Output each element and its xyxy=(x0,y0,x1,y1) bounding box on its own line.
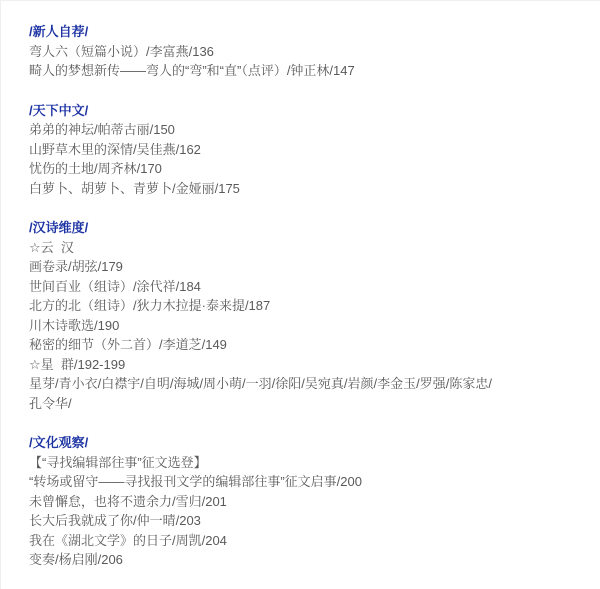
toc-entry: 畸人的梦想新传——弯人的“弯”和“直”（点评）/钟正林/147 xyxy=(29,61,582,81)
toc-entry: 世间百业（组诗）/涂代祥/184 xyxy=(29,277,582,297)
toc-entry: 山野草木里的深情/吴佳燕/162 xyxy=(29,140,582,160)
toc-entry: 孔令华/ xyxy=(29,394,582,414)
toc-entry: 川木诗歌选/190 xyxy=(29,316,582,336)
toc-entry: 忧伤的土地/周齐林/170 xyxy=(29,159,582,179)
section-header: /汉诗维度/ xyxy=(29,218,582,238)
toc-entry: 画卷录/胡弦/179 xyxy=(29,257,582,277)
section-header: /新人自荐/ xyxy=(29,22,582,42)
section-lines: 弟弟的神坛/帕蒂古丽/150 山野草木里的深情/吴佳燕/162 忧伤的土地/周齐… xyxy=(29,120,582,198)
toc-section: /文化观察/ 【“寻找编辑部往事”征文选登】 “转场或留守——寻找报刊文学的编辑… xyxy=(29,433,582,570)
toc-entry: 北方的北（组诗）/狄力木拉提·泰来提/187 xyxy=(29,296,582,316)
toc-entry: 弟弟的神坛/帕蒂古丽/150 xyxy=(29,120,582,140)
section-lines: 【“寻找编辑部往事”征文选登】 “转场或留守——寻找报刊文学的编辑部往事”征文启… xyxy=(29,453,582,570)
section-header: /文化观察/ xyxy=(29,433,582,453)
toc-entry: 秘密的细节（外二首）/李道芝/149 xyxy=(29,335,582,355)
toc-entry: 变奏/杨启刚/206 xyxy=(29,550,582,570)
toc-entry: 我在《湖北文学》的日子/周凯/204 xyxy=(29,531,582,551)
toc-section: /新人自荐/ 弯人六（短篇小说）/李富燕/136 畸人的梦想新传——弯人的“弯”… xyxy=(29,22,582,81)
section-header: /天下中文/ xyxy=(29,101,582,121)
section-lines: ☆云 汉 画卷录/胡弦/179 世间百业（组诗）/涂代祥/184 北方的北（组诗… xyxy=(29,238,582,414)
toc-entry: 白萝卜、胡萝卜、青萝卜/金娅丽/175 xyxy=(29,179,582,199)
toc-entry: 长大后我就成了你/仲一晴/203 xyxy=(29,511,582,531)
table-of-contents: /新人自荐/ 弯人六（短篇小说）/李富燕/136 畸人的梦想新传——弯人的“弯”… xyxy=(1,1,600,570)
toc-section: /汉诗维度/ ☆云 汉 画卷录/胡弦/179 世间百业（组诗）/涂代祥/184 … xyxy=(29,218,582,413)
toc-entry: 未曾懈怠，也将不遗余力/雪归/201 xyxy=(29,492,582,512)
toc-entry: “转场或留守——寻找报刊文学的编辑部往事”征文启事/200 xyxy=(29,472,582,492)
toc-entry: 弯人六（短篇小说）/李富燕/136 xyxy=(29,42,582,62)
toc-section: /天下中文/ 弟弟的神坛/帕蒂古丽/150 山野草木里的深情/吴佳燕/162 忧… xyxy=(29,101,582,199)
toc-entry: 星芽/青小衣/白襟宇/自明/海城/周小萌/一羽/徐阳/吴宛真/岩颜/李金玉/罗强… xyxy=(29,374,582,394)
toc-entry: 【“寻找编辑部往事”征文选登】 xyxy=(29,453,582,473)
section-lines: 弯人六（短篇小说）/李富燕/136 畸人的梦想新传——弯人的“弯”和“直”（点评… xyxy=(29,42,582,81)
toc-entry: ☆云 汉 xyxy=(29,238,582,258)
toc-entry: ☆星 群/192-199 xyxy=(29,355,582,375)
toc-page: /新人自荐/ 弯人六（短篇小说）/李富燕/136 畸人的梦想新传——弯人的“弯”… xyxy=(0,0,600,589)
